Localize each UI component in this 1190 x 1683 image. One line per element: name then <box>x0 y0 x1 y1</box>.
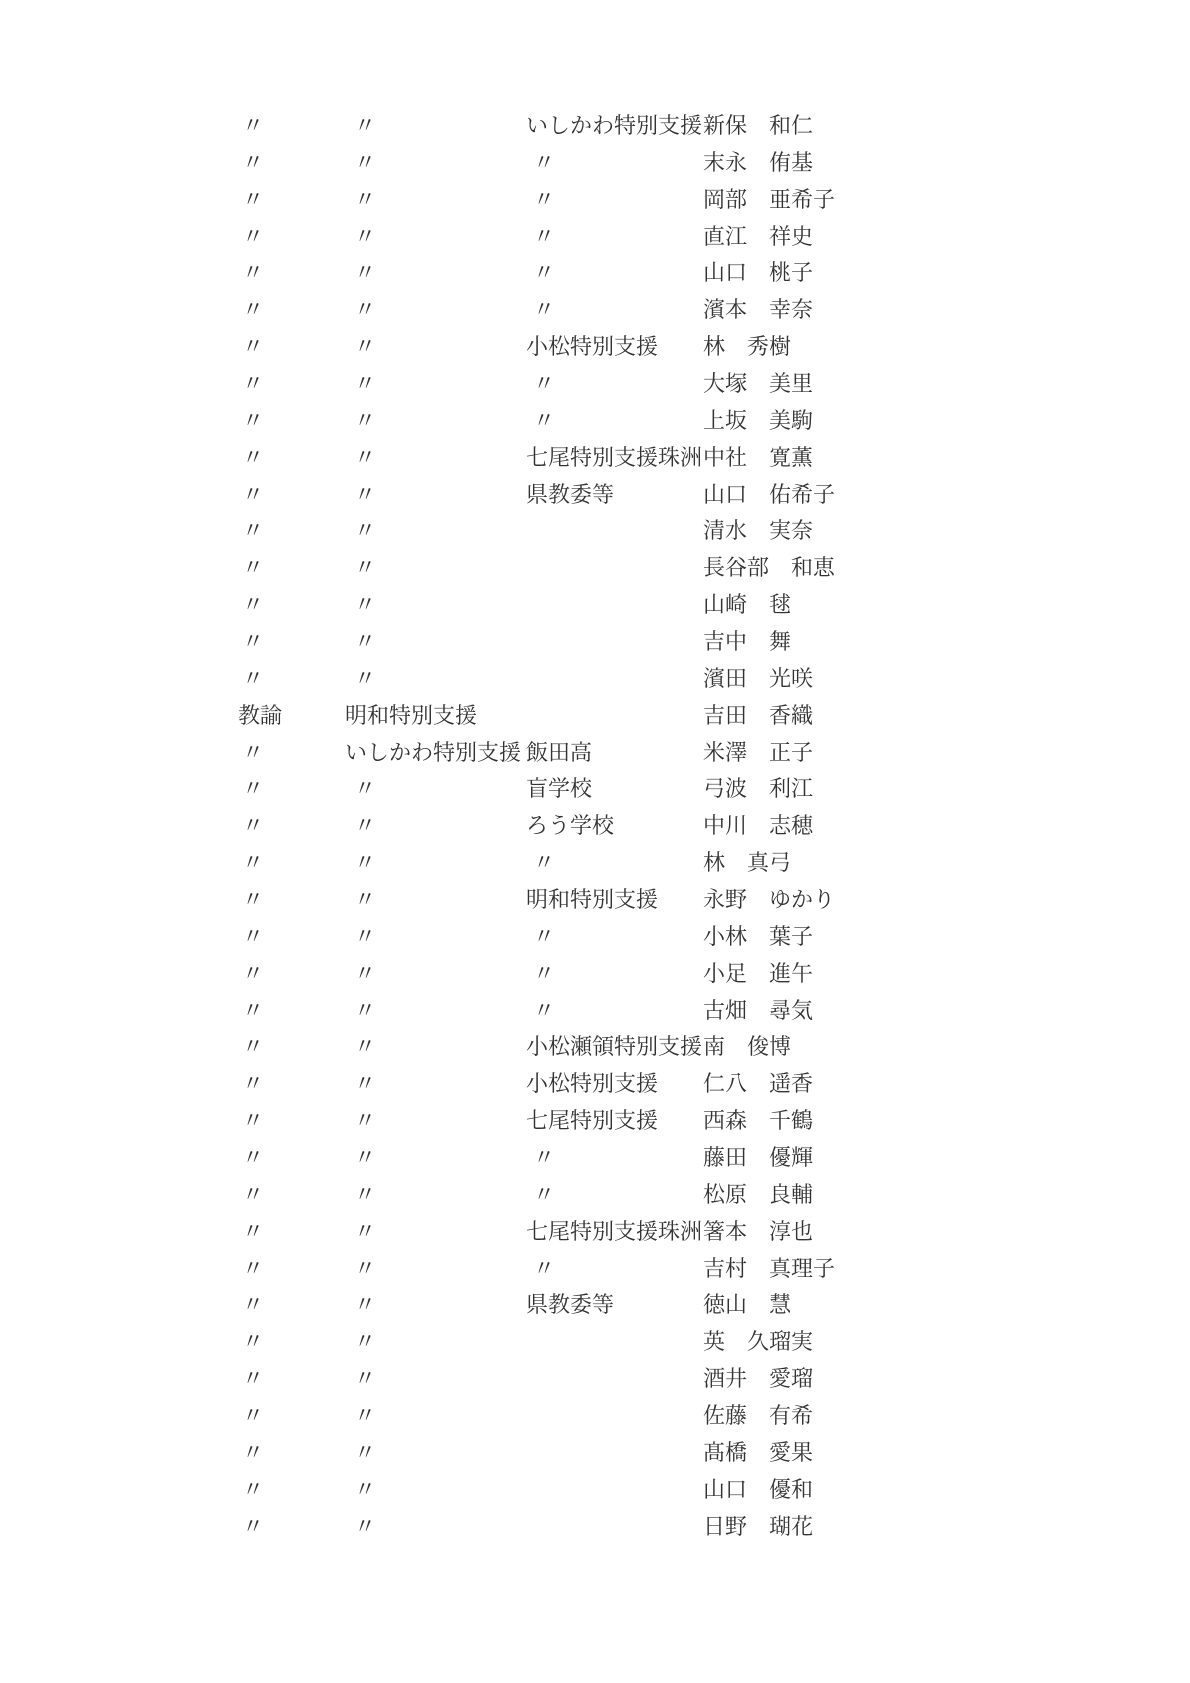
name-cell: 吉田 香織 <box>703 706 813 728</box>
personnel-row: 〃〃県教委等徳山 慧 <box>0 1288 1190 1325</box>
name-cell: 山口 優和 <box>703 1480 813 1502</box>
ditto-mark: 〃 <box>345 300 376 322</box>
ditto-mark: 〃 <box>345 116 376 138</box>
document-page: 〃〃いしかわ特別支援新保 和仁〃〃〃末永 侑基〃〃〃岡部 亜希子〃〃〃直江 祥史… <box>0 0 1190 1683</box>
ditto-mark: 〃 <box>238 190 264 212</box>
school-right-cell: いしかわ特別支援 <box>526 116 702 138</box>
ditto-mark: 〃 <box>345 964 376 986</box>
personnel-row: 〃〃いしかわ特別支援新保 和仁 <box>0 109 1190 146</box>
ditto-mark: 〃 <box>238 227 264 249</box>
ditto-mark: 〃 <box>238 1001 264 1023</box>
ditto-mark: 〃 <box>238 485 264 507</box>
personnel-row: 〃〃〃山口 桃子 <box>0 256 1190 293</box>
ditto-mark: 〃 <box>345 558 376 580</box>
name-cell: 山口 桃子 <box>703 263 813 285</box>
ditto-mark: 〃 <box>526 927 555 949</box>
name-cell: 岡部 亜希子 <box>703 190 835 212</box>
name-cell: 清水 実奈 <box>703 521 813 543</box>
name-cell: 南 俊博 <box>703 1037 791 1059</box>
ditto-mark: 〃 <box>526 300 555 322</box>
ditto-mark: 〃 <box>526 964 555 986</box>
ditto-mark: 〃 <box>345 595 376 617</box>
name-cell: 英 久瑠実 <box>703 1332 813 1354</box>
ditto-mark: 〃 <box>526 153 555 175</box>
ditto-mark: 〃 <box>526 1185 555 1207</box>
ditto-mark: 〃 <box>345 669 376 691</box>
ditto-mark: 〃 <box>345 1259 376 1281</box>
personnel-row: 〃〃〃松原 良輔 <box>0 1177 1190 1214</box>
ditto-mark: 〃 <box>526 374 555 396</box>
ditto-mark: 〃 <box>526 227 555 249</box>
personnel-row: 〃〃〃濱本 幸奈 <box>0 293 1190 330</box>
ditto-mark: 〃 <box>526 190 555 212</box>
name-cell: 吉村 真理子 <box>703 1259 835 1281</box>
ditto-mark: 〃 <box>526 1001 555 1023</box>
name-cell: 松原 良輔 <box>703 1185 813 1207</box>
personnel-row: 〃〃〃直江 祥史 <box>0 219 1190 256</box>
ditto-mark: 〃 <box>345 374 376 396</box>
school-right-cell: 小松特別支援 <box>526 337 658 359</box>
ditto-mark: 〃 <box>238 595 264 617</box>
ditto-mark: 〃 <box>526 853 555 875</box>
ditto-mark: 〃 <box>345 337 376 359</box>
name-cell: 徳山 慧 <box>703 1295 791 1317</box>
personnel-row: 〃〃七尾特別支援西森 千鶴 <box>0 1104 1190 1141</box>
school-left-cell: 明和特別支援 <box>345 706 477 728</box>
name-cell: 小足 進午 <box>703 964 813 986</box>
school-right-cell: 明和特別支援 <box>526 890 658 912</box>
name-cell: 新保 和仁 <box>703 116 813 138</box>
ditto-mark: 〃 <box>238 1443 264 1465</box>
name-cell: 林 秀樹 <box>703 337 791 359</box>
ditto-mark: 〃 <box>238 263 264 285</box>
name-cell: 弓波 利江 <box>703 779 813 801</box>
personnel-row: 〃〃長谷部 和恵 <box>0 551 1190 588</box>
ditto-mark: 〃 <box>238 964 264 986</box>
school-right-cell: 県教委等 <box>526 1295 614 1317</box>
name-cell: 長谷部 和恵 <box>703 558 835 580</box>
name-cell: 髙橋 愛果 <box>703 1443 813 1465</box>
ditto-mark: 〃 <box>238 448 264 470</box>
ditto-mark: 〃 <box>238 927 264 949</box>
ditto-mark: 〃 <box>345 1111 376 1133</box>
ditto-mark: 〃 <box>238 521 264 543</box>
school-left-cell: いしかわ特別支援 <box>345 743 521 765</box>
ditto-mark: 〃 <box>238 1332 264 1354</box>
ditto-mark: 〃 <box>238 743 264 765</box>
ditto-mark: 〃 <box>238 816 264 838</box>
ditto-mark: 〃 <box>526 1259 555 1281</box>
ditto-mark: 〃 <box>238 1148 264 1170</box>
ditto-mark: 〃 <box>238 558 264 580</box>
ditto-mark: 〃 <box>238 1259 264 1281</box>
ditto-mark: 〃 <box>345 779 376 801</box>
ditto-mark: 〃 <box>345 1406 376 1428</box>
ditto-mark: 〃 <box>345 1074 376 1096</box>
ditto-mark: 〃 <box>345 1332 376 1354</box>
personnel-row: 〃〃山口 優和 <box>0 1472 1190 1509</box>
personnel-row: 〃〃〃岡部 亜希子 <box>0 182 1190 219</box>
school-right-cell: ろう学校 <box>526 816 614 838</box>
ditto-mark: 〃 <box>345 1517 376 1539</box>
ditto-mark: 〃 <box>526 1148 555 1170</box>
ditto-mark: 〃 <box>345 1480 376 1502</box>
position-cell: 教諭 <box>238 706 282 728</box>
school-right-cell: 盲学校 <box>526 779 592 801</box>
personnel-row: 〃〃英 久瑠実 <box>0 1325 1190 1362</box>
name-cell: 末永 侑基 <box>703 153 813 175</box>
personnel-row: 〃〃〃大塚 美里 <box>0 367 1190 404</box>
school-right-cell: 七尾特別支援珠洲 <box>526 448 702 470</box>
ditto-mark: 〃 <box>238 853 264 875</box>
personnel-row: 〃〃酒井 愛瑠 <box>0 1362 1190 1399</box>
ditto-mark: 〃 <box>345 448 376 470</box>
name-cell: 古畑 尋気 <box>703 1001 813 1023</box>
personnel-row: 〃〃〃吉村 真理子 <box>0 1251 1190 1288</box>
ditto-mark: 〃 <box>345 1222 376 1244</box>
ditto-mark: 〃 <box>526 411 555 433</box>
ditto-mark: 〃 <box>238 1111 264 1133</box>
name-cell: 中川 志穂 <box>703 816 813 838</box>
ditto-mark: 〃 <box>238 1369 264 1391</box>
ditto-mark: 〃 <box>238 890 264 912</box>
school-right-cell: 七尾特別支援珠洲 <box>526 1222 702 1244</box>
ditto-mark: 〃 <box>345 927 376 949</box>
ditto-mark: 〃 <box>345 227 376 249</box>
name-cell: 西森 千鶴 <box>703 1111 813 1133</box>
personnel-row: 〃〃小松瀬領特別支援南 俊博 <box>0 1030 1190 1067</box>
ditto-mark: 〃 <box>238 116 264 138</box>
personnel-row: 〃〃〃上坂 美駒 <box>0 403 1190 440</box>
name-cell: 直江 祥史 <box>703 227 813 249</box>
personnel-row: 〃〃濱田 光咲 <box>0 661 1190 698</box>
personnel-row: 〃〃ろう学校中川 志穂 <box>0 809 1190 846</box>
ditto-mark: 〃 <box>238 632 264 654</box>
ditto-mark: 〃 <box>238 411 264 433</box>
ditto-mark: 〃 <box>345 411 376 433</box>
personnel-row: 〃〃山崎 毬 <box>0 588 1190 625</box>
school-right-cell: 七尾特別支援 <box>526 1111 658 1133</box>
ditto-mark: 〃 <box>345 190 376 212</box>
name-cell: 仁八 遥香 <box>703 1074 813 1096</box>
personnel-row: 〃〃小松特別支援仁八 遥香 <box>0 1067 1190 1104</box>
ditto-mark: 〃 <box>238 374 264 396</box>
name-cell: 吉中 舞 <box>703 632 791 654</box>
ditto-mark: 〃 <box>238 1517 264 1539</box>
name-cell: 小林 葉子 <box>703 927 813 949</box>
school-right-cell: 小松瀬領特別支援 <box>526 1037 702 1059</box>
ditto-mark: 〃 <box>238 1074 264 1096</box>
ditto-mark: 〃 <box>238 300 264 322</box>
name-cell: 上坂 美駒 <box>703 411 813 433</box>
name-cell: 濱田 光咲 <box>703 669 813 691</box>
ditto-mark: 〃 <box>238 1480 264 1502</box>
ditto-mark: 〃 <box>345 1001 376 1023</box>
name-cell: 林 真弓 <box>703 853 791 875</box>
personnel-list: 〃〃いしかわ特別支援新保 和仁〃〃〃末永 侑基〃〃〃岡部 亜希子〃〃〃直江 祥史… <box>0 109 1190 1547</box>
ditto-mark: 〃 <box>238 1037 264 1059</box>
ditto-mark: 〃 <box>345 1185 376 1207</box>
name-cell: 大塚 美里 <box>703 374 813 396</box>
personnel-row: 〃〃佐藤 有希 <box>0 1399 1190 1436</box>
personnel-row: 〃〃〃古畑 尋気 <box>0 993 1190 1030</box>
personnel-row: 〃〃〃末永 侑基 <box>0 145 1190 182</box>
name-cell: 山口 佑希子 <box>703 485 835 507</box>
ditto-mark: 〃 <box>345 1148 376 1170</box>
ditto-mark: 〃 <box>238 1406 264 1428</box>
personnel-row: 〃〃〃林 真弓 <box>0 846 1190 883</box>
name-cell: 酒井 愛瑠 <box>703 1369 813 1391</box>
ditto-mark: 〃 <box>345 632 376 654</box>
ditto-mark: 〃 <box>345 1369 376 1391</box>
personnel-row: 〃〃七尾特別支援珠洲中社 寛薫 <box>0 440 1190 477</box>
school-right-cell: 県教委等 <box>526 485 614 507</box>
name-cell: 山崎 毬 <box>703 595 791 617</box>
ditto-mark: 〃 <box>238 153 264 175</box>
name-cell: 濱本 幸奈 <box>703 300 813 322</box>
personnel-row: 〃〃〃小足 進午 <box>0 956 1190 993</box>
ditto-mark: 〃 <box>345 816 376 838</box>
ditto-mark: 〃 <box>238 1185 264 1207</box>
name-cell: 米澤 正子 <box>703 743 813 765</box>
ditto-mark: 〃 <box>345 1295 376 1317</box>
name-cell: 藤田 優輝 <box>703 1148 813 1170</box>
personnel-row: 〃〃日野 瑚花 <box>0 1509 1190 1546</box>
name-cell: 日野 瑚花 <box>703 1517 813 1539</box>
ditto-mark: 〃 <box>345 485 376 507</box>
ditto-mark: 〃 <box>238 779 264 801</box>
personnel-row: 教諭明和特別支援吉田 香織 <box>0 698 1190 735</box>
name-cell: 永野 ゆかり <box>703 890 835 912</box>
ditto-mark: 〃 <box>345 521 376 543</box>
ditto-mark: 〃 <box>238 337 264 359</box>
personnel-row: 〃〃〃小林 葉子 <box>0 919 1190 956</box>
personnel-row: 〃〃清水 実奈 <box>0 514 1190 551</box>
ditto-mark: 〃 <box>345 890 376 912</box>
personnel-row: 〃〃七尾特別支援珠洲箸本 淳也 <box>0 1214 1190 1251</box>
personnel-row: 〃〃〃藤田 優輝 <box>0 1141 1190 1178</box>
ditto-mark: 〃 <box>345 153 376 175</box>
name-cell: 佐藤 有希 <box>703 1406 813 1428</box>
ditto-mark: 〃 <box>345 853 376 875</box>
personnel-row: 〃〃明和特別支援永野 ゆかり <box>0 883 1190 920</box>
personnel-row: 〃〃髙橋 愛果 <box>0 1435 1190 1472</box>
ditto-mark: 〃 <box>526 263 555 285</box>
ditto-mark: 〃 <box>238 669 264 691</box>
personnel-row: 〃〃小松特別支援林 秀樹 <box>0 330 1190 367</box>
personnel-row: 〃〃盲学校弓波 利江 <box>0 772 1190 809</box>
personnel-row: 〃いしかわ特別支援飯田高米澤 正子 <box>0 735 1190 772</box>
ditto-mark: 〃 <box>345 263 376 285</box>
school-right-cell: 小松特別支援 <box>526 1074 658 1096</box>
personnel-row: 〃〃県教委等山口 佑希子 <box>0 477 1190 514</box>
ditto-mark: 〃 <box>345 1443 376 1465</box>
name-cell: 箸本 淳也 <box>703 1222 813 1244</box>
personnel-row: 〃〃吉中 舞 <box>0 625 1190 662</box>
ditto-mark: 〃 <box>345 1037 376 1059</box>
ditto-mark: 〃 <box>238 1295 264 1317</box>
school-right-cell: 飯田高 <box>526 743 592 765</box>
ditto-mark: 〃 <box>238 1222 264 1244</box>
name-cell: 中社 寛薫 <box>703 448 813 470</box>
